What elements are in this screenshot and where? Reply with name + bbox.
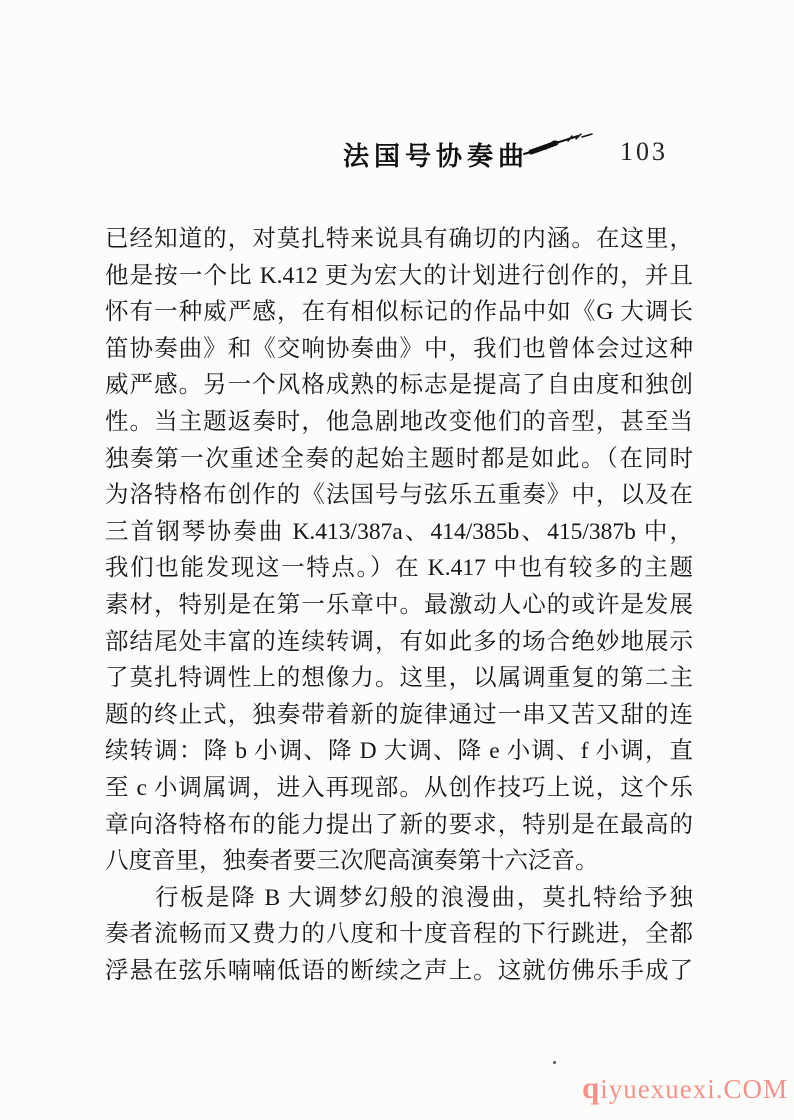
text-line: 了莫扎特调性上的想像力。这里，以属调重复的第二主	[105, 660, 693, 697]
text-line: 为洛特格布创作的《法国号与弦乐五重奏》中，以及在	[105, 477, 693, 514]
text-line: 笛协奏曲》和《交响协奏曲》中，我们也曾体会过这种	[105, 331, 693, 368]
book-page: 法国号协奏曲 103 已经知道的，对莫扎特来说具有确切的内涵。在这里， 他是按一…	[0, 0, 794, 1120]
text-line: 三首钢琴协奏曲 K.413/387a、414/385b、415/387b 中，	[105, 514, 693, 551]
quill-flourish-icon	[512, 130, 596, 162]
text-line: 已经知道的，对莫扎特来说具有确切的内涵。在这里，	[105, 221, 693, 258]
text-line: 威严感。另一个风格成熟的标志是提高了自由度和独创	[105, 367, 693, 404]
body-text: 已经知道的，对莫扎特来说具有确切的内涵。在这里， 他是按一个比 K.412 更为…	[105, 221, 693, 989]
ink-speck	[553, 1061, 556, 1064]
text-line: 我们也能发现这一特点。）在 K.417 中也有较多的主题	[105, 550, 693, 587]
page-number: 103	[620, 137, 668, 167]
text-line: 奏者流畅而又费力的八度和十度音程的下行跳进，全都	[105, 916, 693, 953]
text-line-paragraph-end: 八度音里，独奏者要三次爬高演奏第十六泛音。	[105, 843, 693, 880]
text-line-paragraph-start: 行板是降 B 大调梦幻般的浪漫曲，莫扎特给予独	[105, 880, 693, 917]
text-line: 怀有一种威严感，在有相似标记的作品中如《G 大调长	[105, 294, 693, 331]
text-line: 部结尾处丰富的连续转调，有如此多的场合绝妙地展示	[105, 624, 693, 661]
text-line: 独奏第一次重述全奏的起始主题时都是如此。（在同时	[105, 441, 693, 478]
text-line: 他是按一个比 K.412 更为宏大的计划进行创作的，并且	[105, 258, 693, 295]
watermark: qiyuexuexi.COM	[582, 1070, 788, 1106]
page-header-title: 法国号协奏曲	[343, 136, 529, 173]
text-line: 题的终止式，独奏带着新的旋律通过一串又苦又甜的连	[105, 697, 693, 734]
text-line: 续转调：降 b 小调、降 D 大调、降 e 小调、f 小调，直	[105, 733, 693, 770]
text-line: 素材，特别是在第一乐章中。最激动人心的或许是发展	[105, 587, 693, 624]
text-line: 章向洛特格布的能力提出了新的要求，特别是在最高的	[105, 807, 693, 844]
text-line: 浮悬在弦乐喃喃低语的断续之声上。这就仿佛乐手成了	[105, 953, 693, 990]
text-line: 性。当主题返奏时，他急剧地改变他们的音型，甚至当	[105, 404, 693, 441]
text-line: 至 c 小调属调，进入再现部。从创作技巧上说，这个乐	[105, 770, 693, 807]
